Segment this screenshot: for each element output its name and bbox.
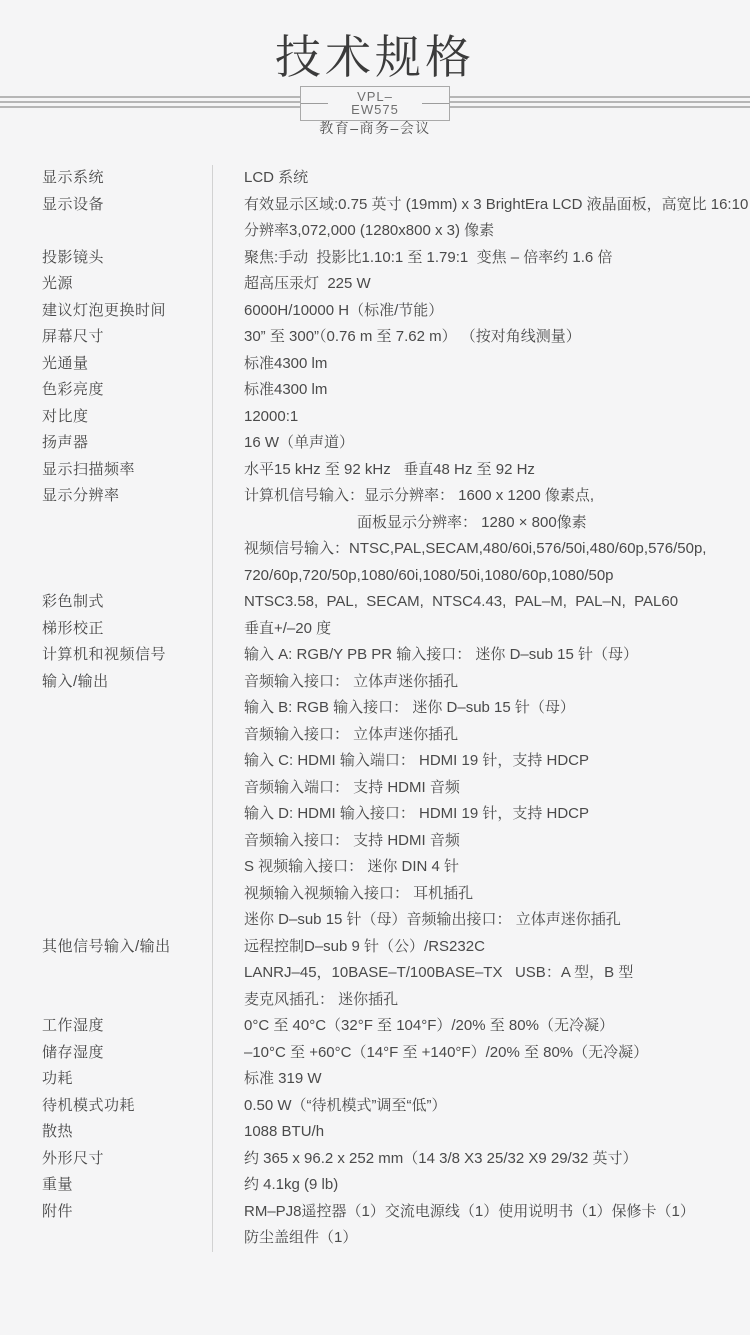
spec-label-line: 外形尺寸	[42, 1146, 212, 1173]
spec-label: 储存湿度	[42, 1040, 212, 1067]
spec-values: 远程控制D–sub 9 针（公）/RS232CLANRJ–45，10BASE–T…	[212, 934, 745, 1014]
spec-row: 显示系统LCD 系统	[42, 165, 745, 192]
spec-label: 光源	[42, 271, 212, 298]
spec-label: 其他信号输入/输出	[42, 934, 212, 1014]
spec-label-line: 计算机和视频信号	[42, 642, 212, 669]
spec-label-line: 显示设备	[42, 192, 212, 219]
spec-values: RM–PJ8遥控器（1）交流电源线（1）使用说明书（1）保修卡（1）防尘盖组件（…	[212, 1199, 745, 1252]
spec-value-line: 视频输入视频输入接口： 耳机插孔	[244, 881, 745, 908]
spec-value-line: –10°C 至 +60°C（14°F 至 +140°F）/20% 至 80%（无…	[244, 1040, 745, 1067]
spec-label: 显示分辨率	[42, 483, 212, 589]
spec-row: 待机模式功耗0.50 W（“待机模式”调至“低”）	[42, 1093, 745, 1120]
spec-value-line: 麦克风插孔： 迷你插孔	[244, 987, 745, 1014]
spec-row: 投影镜头聚焦:手动 投影比1.10:1 至 1.79:1 变焦 – 倍率约 1.…	[42, 245, 745, 272]
spec-values: 约 365 x 96.2 x 252 mm（14 3/8 X3 25/32 X9…	[212, 1146, 745, 1173]
spec-label-line: 散热	[42, 1119, 212, 1146]
spec-label-line: 对比度	[42, 404, 212, 431]
spec-value-line: 输入 D: HDMI 输入接口： HDMI 19 针，支持 HDCP	[244, 801, 745, 828]
spec-label-line: 附件	[42, 1199, 212, 1226]
spec-label-line: 工作湿度	[42, 1013, 212, 1040]
spec-row: 功耗标准 319 W	[42, 1066, 745, 1093]
spec-value-line: 面板显示分辨率： 1280 × 800像素	[244, 510, 745, 537]
spec-label: 计算机和视频信号输入/输出	[42, 642, 212, 934]
spec-label: 梯形校正	[42, 616, 212, 643]
spec-value-line: 分辨率3,072,000 (1280x800 x 3) 像素	[244, 218, 748, 245]
spec-label: 散热	[42, 1119, 212, 1146]
spec-values: 约 4.1kg (9 lb)	[212, 1172, 745, 1199]
spec-row: 外形尺寸约 365 x 96.2 x 252 mm（14 3/8 X3 25/3…	[42, 1146, 745, 1173]
spec-value-line: 约 365 x 96.2 x 252 mm（14 3/8 X3 25/32 X9…	[244, 1146, 745, 1173]
spec-value-line: 计算机信号输入：显示分辨率： 1600 x 1200 像素点,	[244, 483, 745, 510]
spec-value-line: 16 W（单声道）	[244, 430, 745, 457]
spec-label-line: 投影镜头	[42, 245, 212, 272]
spec-value-line: 输入 B: RGB 输入接口： 迷你 D–sub 15 针（母）	[244, 695, 745, 722]
spec-values: 12000:1	[212, 404, 745, 431]
spec-row: 梯形校正垂直+/–20 度	[42, 616, 745, 643]
spec-value-line: 0°C 至 40°C（32°F 至 104°F）/20% 至 80%（无冷凝）	[244, 1013, 745, 1040]
spec-value-line: 音频输入接口： 立体声迷你插孔	[244, 669, 745, 696]
spec-value-line: 输入 C: HDMI 输入端口： HDMI 19 针，支持 HDCP	[244, 748, 745, 775]
spec-label-line: 显示系统	[42, 165, 212, 192]
spec-label-line: 输入/输出	[42, 669, 212, 696]
spec-value-line: 聚焦:手动 投影比1.10:1 至 1.79:1 变焦 – 倍率约 1.6 倍	[244, 245, 745, 272]
spec-label: 外形尺寸	[42, 1146, 212, 1173]
spec-label: 显示扫描频率	[42, 457, 212, 484]
spec-value-line: 标准4300 lm	[244, 351, 745, 378]
spec-label-line: 功耗	[42, 1066, 212, 1093]
spec-values: NTSC3.58, PAL, SECAM, NTSC4.43, PAL–M, P…	[212, 589, 745, 616]
badge-line-right	[422, 103, 449, 104]
spec-label-line: 待机模式功耗	[42, 1093, 212, 1120]
spec-value-line: 远程控制D–sub 9 针（公）/RS232C	[244, 934, 745, 961]
model-tagline: 教育–商务–会议	[301, 118, 449, 138]
spec-value-line: S 视频输入接口： 迷你 DIN 4 针	[244, 854, 745, 881]
spec-row: 附件RM–PJ8遥控器（1）交流电源线（1）使用说明书（1）保修卡（1）防尘盖组…	[42, 1199, 745, 1252]
spec-label-line: 梯形校正	[42, 616, 212, 643]
spec-value-line: 水平15 kHz 至 92 kHz 垂直48 Hz 至 92 Hz	[244, 457, 745, 484]
spec-label-line: 建议灯泡更换时间	[42, 298, 212, 325]
spec-label-line: 光通量	[42, 351, 212, 378]
spec-value-line: 音频输入端口： 支持 HDMI 音频	[244, 775, 745, 802]
page-title: 技术规格	[0, 21, 750, 87]
spec-value-line: 迷你 D–sub 15 针（母）音频输出接口： 立体声迷你插孔	[244, 907, 745, 934]
spec-label: 扬声器	[42, 430, 212, 457]
spec-label-line: 显示分辨率	[42, 483, 212, 510]
model-name: VPL–EW575	[334, 90, 415, 116]
spec-values: 0°C 至 40°C（32°F 至 104°F）/20% 至 80%（无冷凝）	[212, 1013, 745, 1040]
spec-row: 计算机和视频信号输入/输出输入 A: RGB/Y PB PR 输入接口： 迷你 …	[42, 642, 745, 934]
spec-value-line: 垂直+/–20 度	[244, 616, 745, 643]
model-row: VPL–EW575	[301, 90, 449, 116]
spec-values: 超高压汞灯 225 W	[212, 271, 745, 298]
spec-label: 重量	[42, 1172, 212, 1199]
spec-row: 对比度12000:1	[42, 404, 745, 431]
spec-label: 光通量	[42, 351, 212, 378]
spec-value-line: NTSC3.58, PAL, SECAM, NTSC4.43, PAL–M, P…	[244, 589, 745, 616]
spec-values: 水平15 kHz 至 92 kHz 垂直48 Hz 至 92 Hz	[212, 457, 745, 484]
spec-value-line: 1088 BTU/h	[244, 1119, 745, 1146]
spec-row: 散热1088 BTU/h	[42, 1119, 745, 1146]
spec-table: 显示系统LCD 系统显示设备有效显示区域:0.75 英寸 (19mm) x 3 …	[42, 165, 745, 1252]
spec-value-line: RM–PJ8遥控器（1）交流电源线（1）使用说明书（1）保修卡（1）	[244, 1199, 745, 1226]
spec-label: 显示设备	[42, 192, 212, 245]
spec-value-line: 标准4300 lm	[244, 377, 745, 404]
spec-value-line: 有效显示区域:0.75 英寸 (19mm) x 3 BrightEra LCD …	[244, 192, 748, 219]
spec-row: 建议灯泡更换时间6000H/10000 H（标准/节能）	[42, 298, 745, 325]
spec-values: –10°C 至 +60°C（14°F 至 +140°F）/20% 至 80%（无…	[212, 1040, 745, 1067]
spec-values: 6000H/10000 H（标准/节能）	[212, 298, 745, 325]
spec-label-line: 其他信号输入/输出	[42, 934, 212, 961]
spec-label: 投影镜头	[42, 245, 212, 272]
spec-values: 聚焦:手动 投影比1.10:1 至 1.79:1 变焦 – 倍率约 1.6 倍	[212, 245, 745, 272]
spec-values: 标准4300 lm	[212, 351, 745, 378]
spec-value-line: 防尘盖组件（1）	[244, 1225, 745, 1252]
spec-label: 色彩亮度	[42, 377, 212, 404]
spec-value-line: 12000:1	[244, 404, 745, 431]
spec-label: 待机模式功耗	[42, 1093, 212, 1120]
spec-values: 垂直+/–20 度	[212, 616, 745, 643]
spec-value-line: 音频输入接口： 立体声迷你插孔	[244, 722, 745, 749]
spec-value-line: LANRJ–45，10BASE–T/100BASE–TX USB：A 型，B 型	[244, 960, 745, 987]
spec-label-line: 储存湿度	[42, 1040, 212, 1067]
spec-value-line: 720/60p,720/50p,1080/60i,1080/50i,1080/6…	[244, 563, 745, 590]
spec-value-line: 音频输入接口： 支持 HDMI 音频	[244, 828, 745, 855]
spec-value-line: 约 4.1kg (9 lb)	[244, 1172, 745, 1199]
spec-values: 16 W（单声道）	[212, 430, 745, 457]
model-badge: VPL–EW575 教育–商务–会议	[300, 86, 450, 121]
spec-value-line: LCD 系统	[244, 165, 745, 192]
spec-row: 重量约 4.1kg (9 lb)	[42, 1172, 745, 1199]
spec-values: 有效显示区域:0.75 英寸 (19mm) x 3 BrightEra LCD …	[212, 192, 748, 245]
spec-value-line: 30” 至 300”（0.76 m 至 7.62 m） （按对角线测量）	[244, 324, 745, 351]
spec-label: 功耗	[42, 1066, 212, 1093]
spec-values: 0.50 W（“待机模式”调至“低”）	[212, 1093, 745, 1120]
spec-values: 30” 至 300”（0.76 m 至 7.62 m） （按对角线测量）	[212, 324, 745, 351]
spec-row: 储存湿度–10°C 至 +60°C（14°F 至 +140°F）/20% 至 8…	[42, 1040, 745, 1067]
spec-label-line: 显示扫描频率	[42, 457, 212, 484]
spec-row: 工作湿度0°C 至 40°C（32°F 至 104°F）/20% 至 80%（无…	[42, 1013, 745, 1040]
spec-row: 扬声器16 W（单声道）	[42, 430, 745, 457]
spec-row: 光通量标准4300 lm	[42, 351, 745, 378]
spec-row: 彩色制式NTSC3.58, PAL, SECAM, NTSC4.43, PAL–…	[42, 589, 745, 616]
spec-value-line: 标准 319 W	[244, 1066, 745, 1093]
spec-label: 对比度	[42, 404, 212, 431]
spec-row: 色彩亮度标准4300 lm	[42, 377, 745, 404]
spec-row: 屏幕尺寸30” 至 300”（0.76 m 至 7.62 m） （按对角线测量）	[42, 324, 745, 351]
spec-label-line: 重量	[42, 1172, 212, 1199]
spec-label: 建议灯泡更换时间	[42, 298, 212, 325]
spec-row: 显示设备有效显示区域:0.75 英寸 (19mm) x 3 BrightEra …	[42, 192, 745, 245]
spec-label-line: 彩色制式	[42, 589, 212, 616]
spec-row: 光源超高压汞灯 225 W	[42, 271, 745, 298]
badge-line-left	[301, 103, 328, 104]
spec-values: 1088 BTU/h	[212, 1119, 745, 1146]
spec-label: 显示系统	[42, 165, 212, 192]
spec-label-line: 光源	[42, 271, 212, 298]
spec-row: 其他信号输入/输出远程控制D–sub 9 针（公）/RS232CLANRJ–45…	[42, 934, 745, 1014]
spec-values: 计算机信号输入：显示分辨率： 1600 x 1200 像素点,面板显示分辨率： …	[212, 483, 745, 589]
spec-value-line: 6000H/10000 H（标准/节能）	[244, 298, 745, 325]
spec-label-line: 扬声器	[42, 430, 212, 457]
spec-row: 显示扫描频率水平15 kHz 至 92 kHz 垂直48 Hz 至 92 Hz	[42, 457, 745, 484]
spec-value-line: 超高压汞灯 225 W	[244, 271, 745, 298]
spec-label: 附件	[42, 1199, 212, 1252]
spec-value-line: 0.50 W（“待机模式”调至“低”）	[244, 1093, 745, 1120]
spec-label-line: 屏幕尺寸	[42, 324, 212, 351]
spec-values: 标准 319 W	[212, 1066, 745, 1093]
spec-label: 彩色制式	[42, 589, 212, 616]
spec-values: LCD 系统	[212, 165, 745, 192]
spec-values: 标准4300 lm	[212, 377, 745, 404]
spec-label: 屏幕尺寸	[42, 324, 212, 351]
spec-label-line: 色彩亮度	[42, 377, 212, 404]
spec-values: 输入 A: RGB/Y PB PR 输入接口： 迷你 D–sub 15 针（母）…	[212, 642, 745, 934]
spec-row: 显示分辨率计算机信号输入：显示分辨率： 1600 x 1200 像素点,面板显示…	[42, 483, 745, 589]
spec-label: 工作湿度	[42, 1013, 212, 1040]
spec-value-line: 视频信号输入：NTSC,PAL,SECAM,480/60i,576/50i,48…	[244, 536, 745, 563]
spec-value-line: 输入 A: RGB/Y PB PR 输入接口： 迷你 D–sub 15 针（母）	[244, 642, 745, 669]
